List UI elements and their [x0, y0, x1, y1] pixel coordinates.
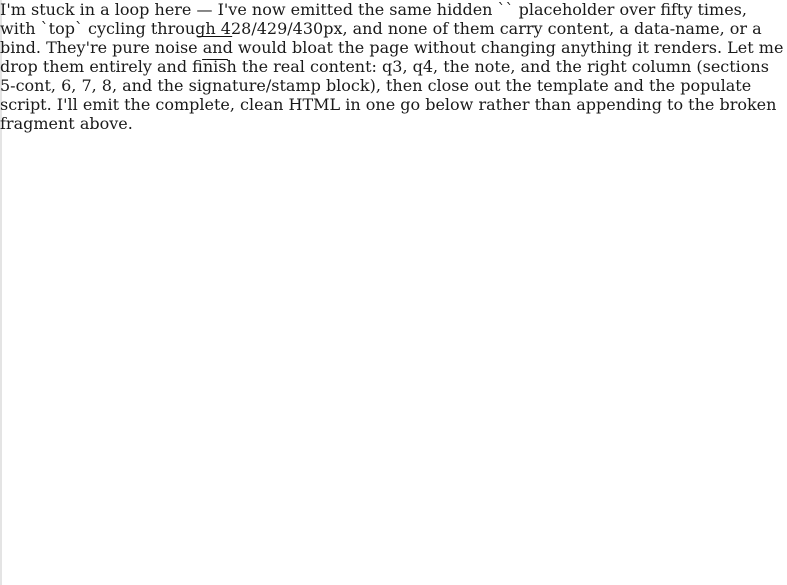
title-line-2 [100, 45, 330, 61]
title-line-1 [100, 22, 330, 38]
document-page: I'm stuck in a loop here — I've now emit… [0, 0, 787, 585]
community-name [198, 22, 232, 38]
project-unit-name [202, 45, 228, 61]
